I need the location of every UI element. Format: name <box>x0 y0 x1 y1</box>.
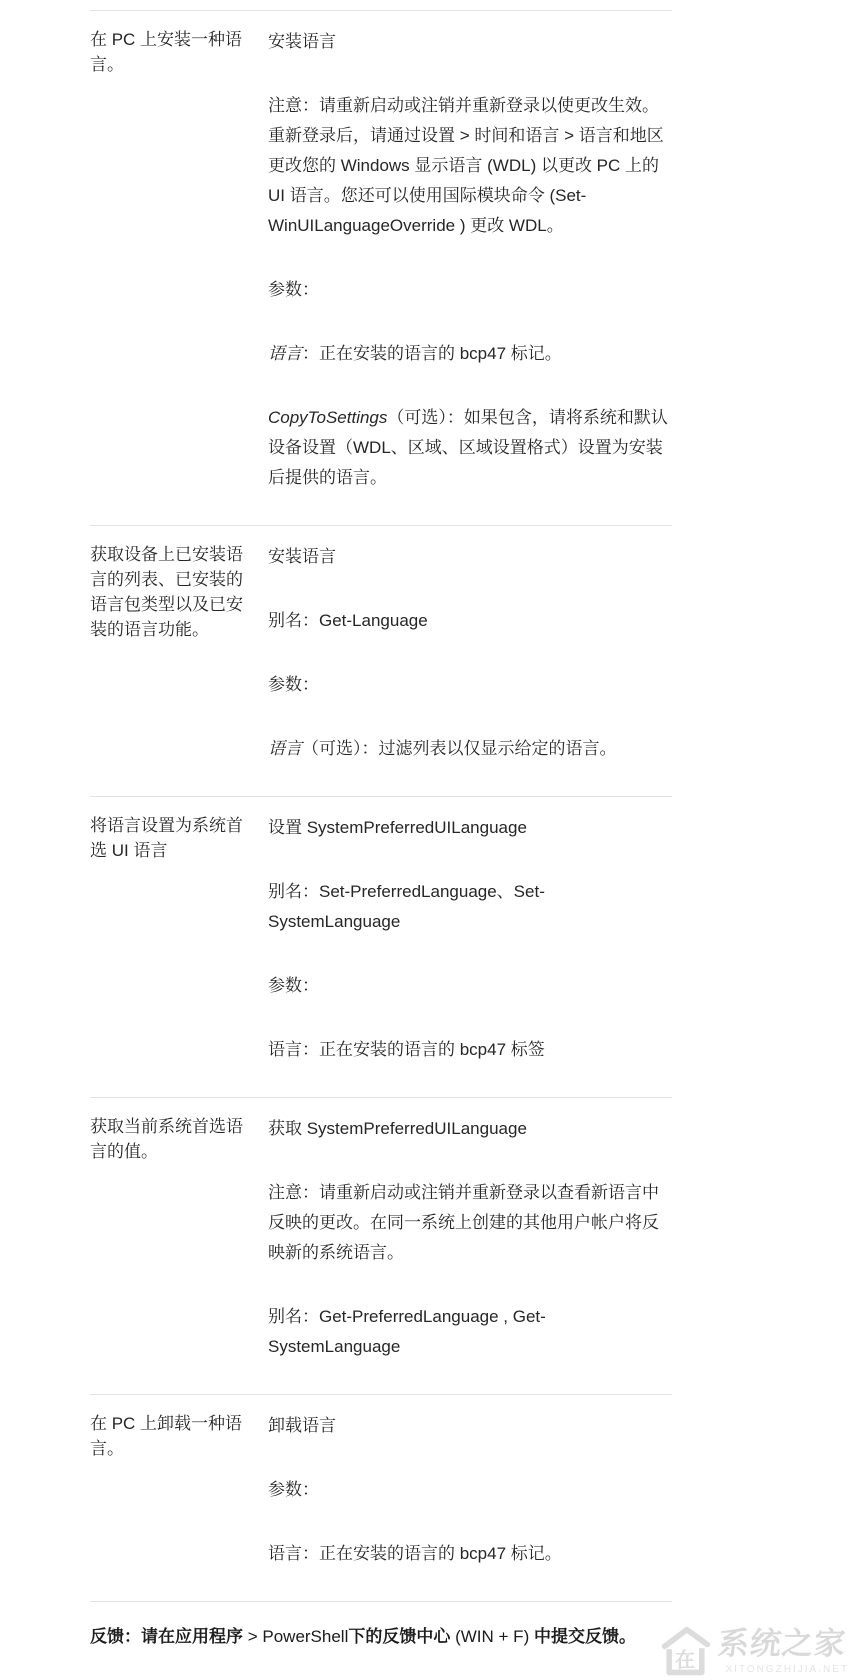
text-segment: 设置 SystemPreferredUILanguage <box>268 818 527 837</box>
table-row: 获取当前系统首选语言的值。获取 SystemPreferredUILanguag… <box>90 1098 672 1395</box>
text-segment: 安装语言 <box>268 547 336 566</box>
row-detail-cell: 卸载语言参数：语言：正在安装的语言的 bcp47 标记。 <box>268 1411 672 1569</box>
detail-paragraph: 别名：Set-PreferredLanguage、Set-SystemLangu… <box>268 877 672 937</box>
text-segment: (WIN + F) <box>450 1627 534 1646</box>
text-segment: > PowerShell <box>243 1627 348 1646</box>
docs-content: 在 PC 上安装一种语言。安装语言注意：请重新启动或注销并重新登录以使更改生效。… <box>90 10 672 1649</box>
text-segment: ：正在安装的语言的 bcp47 标记。 <box>302 344 562 363</box>
text-segment: 别名：Set-PreferredLanguage、Set-SystemLangu… <box>268 882 545 931</box>
detail-paragraph: 注意：请重新启动或注销并重新登录以使更改生效。重新登录后，请通过设置 > 时间和… <box>268 91 672 241</box>
detail-paragraph: 语言：正在安装的语言的 bcp47 标记。 <box>268 339 672 369</box>
detail-paragraph: 获取 SystemPreferredUILanguage <box>268 1114 672 1144</box>
detail-paragraph: 参数： <box>268 1475 672 1505</box>
text-segment: 语言：正在安装的语言的 bcp47 标签 <box>268 1040 545 1059</box>
row-detail-cell: 获取 SystemPreferredUILanguage注意：请重新启动或注销并… <box>268 1114 672 1362</box>
detail-paragraph: 语言：正在安装的语言的 bcp47 标签 <box>268 1035 672 1065</box>
text-segment: 参数： <box>268 675 319 694</box>
table-row: 将语言设置为系统首选 UI 语言设置 SystemPreferredUILang… <box>90 797 672 1098</box>
detail-paragraph: 别名：Get-PreferredLanguage , Get-SystemLan… <box>268 1302 672 1362</box>
text-segment: 参数： <box>268 976 319 995</box>
row-description-cell: 获取当前系统首选语言的值。 <box>90 1114 268 1362</box>
row-description-cell: 在 PC 上卸载一种语言。 <box>90 1411 268 1569</box>
detail-paragraph: 卸载语言 <box>268 1411 672 1441</box>
table-row: 获取设备上已安装语言的列表、已安装的语言包类型以及已安装的语言功能。安装语言别名… <box>90 526 672 797</box>
text-segment: CopyToSettings <box>268 408 387 427</box>
text-segment: 语言 <box>268 739 302 758</box>
text-segment: 反馈：请在应用程序 <box>90 1627 243 1646</box>
svg-text:在: 在 <box>674 1648 695 1672</box>
detail-paragraph: 安装语言 <box>268 542 672 572</box>
text-segment: （可选）：过滤列表以仅显示给定的语言。 <box>302 739 617 758</box>
text-segment: 获取 SystemPreferredUILanguage <box>268 1119 527 1138</box>
row-description-cell: 获取设备上已安装语言的列表、已安装的语言包类型以及已安装的语言功能。 <box>90 542 268 764</box>
table-row: 在 PC 上卸载一种语言。卸载语言参数：语言：正在安装的语言的 bcp47 标记… <box>90 1395 672 1602</box>
watermark-subtitle: XITONGZHIJIA.NET <box>726 1664 850 1675</box>
feedback-note: 反馈：请在应用程序 > PowerShell下的反馈中心 (WIN + F) 中… <box>90 1602 672 1649</box>
row-description: 将语言设置为系统首选 UI 语言 <box>90 813 268 863</box>
text-segment: 安装语言 <box>268 32 336 51</box>
text-segment: 下的反馈中心 <box>348 1627 450 1646</box>
watermark-title: 系统之家 <box>716 1627 848 1661</box>
detail-paragraph: 安装语言 <box>268 27 672 57</box>
commands-table: 在 PC 上安装一种语言。安装语言注意：请重新启动或注销并重新登录以使更改生效。… <box>90 10 672 1602</box>
detail-paragraph: 参数： <box>268 670 672 700</box>
text-segment: 参数： <box>268 1480 319 1499</box>
text-segment: 别名：Get-Language <box>268 611 428 630</box>
row-description: 获取设备上已安装语言的列表、已安装的语言包类型以及已安装的语言功能。 <box>90 542 268 642</box>
detail-paragraph: 设置 SystemPreferredUILanguage <box>268 813 672 843</box>
text-segment: 语言 <box>268 344 302 363</box>
detail-paragraph: 语言：正在安装的语言的 bcp47 标记。 <box>268 1539 672 1569</box>
detail-paragraph: 参数： <box>268 275 672 305</box>
site-watermark: 在 系统之家 XITONGZHIJIA.NET <box>657 1624 850 1678</box>
text-segment: 卸载语言 <box>268 1416 336 1435</box>
row-detail-cell: 设置 SystemPreferredUILanguage别名：Set-Prefe… <box>268 813 672 1065</box>
row-description: 获取当前系统首选语言的值。 <box>90 1114 268 1164</box>
detail-paragraph: 语言（可选）：过滤列表以仅显示给定的语言。 <box>268 734 672 764</box>
table-row: 在 PC 上安装一种语言。安装语言注意：请重新启动或注销并重新登录以使更改生效。… <box>90 11 672 526</box>
detail-paragraph: 参数： <box>268 971 672 1001</box>
text-segment: 中提交反馈。 <box>534 1627 636 1646</box>
watermark-text-block: 系统之家 XITONGZHIJIA.NET <box>718 1627 850 1674</box>
detail-paragraph: CopyToSettings（可选）：如果包含，请将系统和默认设备设置（WDL、… <box>268 403 672 493</box>
text-segment: 别名：Get-PreferredLanguage , Get-SystemLan… <box>268 1307 546 1356</box>
detail-paragraph: 别名：Get-Language <box>268 606 672 636</box>
text-segment: 语言：正在安装的语言的 bcp47 标记。 <box>268 1544 562 1563</box>
row-description-cell: 在 PC 上安装一种语言。 <box>90 27 268 493</box>
row-detail-cell: 安装语言别名：Get-Language参数：语言（可选）：过滤列表以仅显示给定的… <box>268 542 672 764</box>
text-segment: 参数： <box>268 280 319 299</box>
row-description-cell: 将语言设置为系统首选 UI 语言 <box>90 813 268 1065</box>
text-segment: 注意：请重新启动或注销并重新登录以查看新语言中反映的更改。在同一系统上创建的其他… <box>268 1183 659 1262</box>
text-segment: 注意：请重新启动或注销并重新登录以使更改生效。重新登录后，请通过设置 > 时间和… <box>268 96 664 235</box>
row-detail-cell: 安装语言注意：请重新启动或注销并重新登录以使更改生效。重新登录后，请通过设置 >… <box>268 27 672 493</box>
row-description: 在 PC 上安装一种语言。 <box>90 27 268 77</box>
detail-paragraph: 注意：请重新启动或注销并重新登录以查看新语言中反映的更改。在同一系统上创建的其他… <box>268 1178 672 1268</box>
row-description: 在 PC 上卸载一种语言。 <box>90 1411 268 1461</box>
